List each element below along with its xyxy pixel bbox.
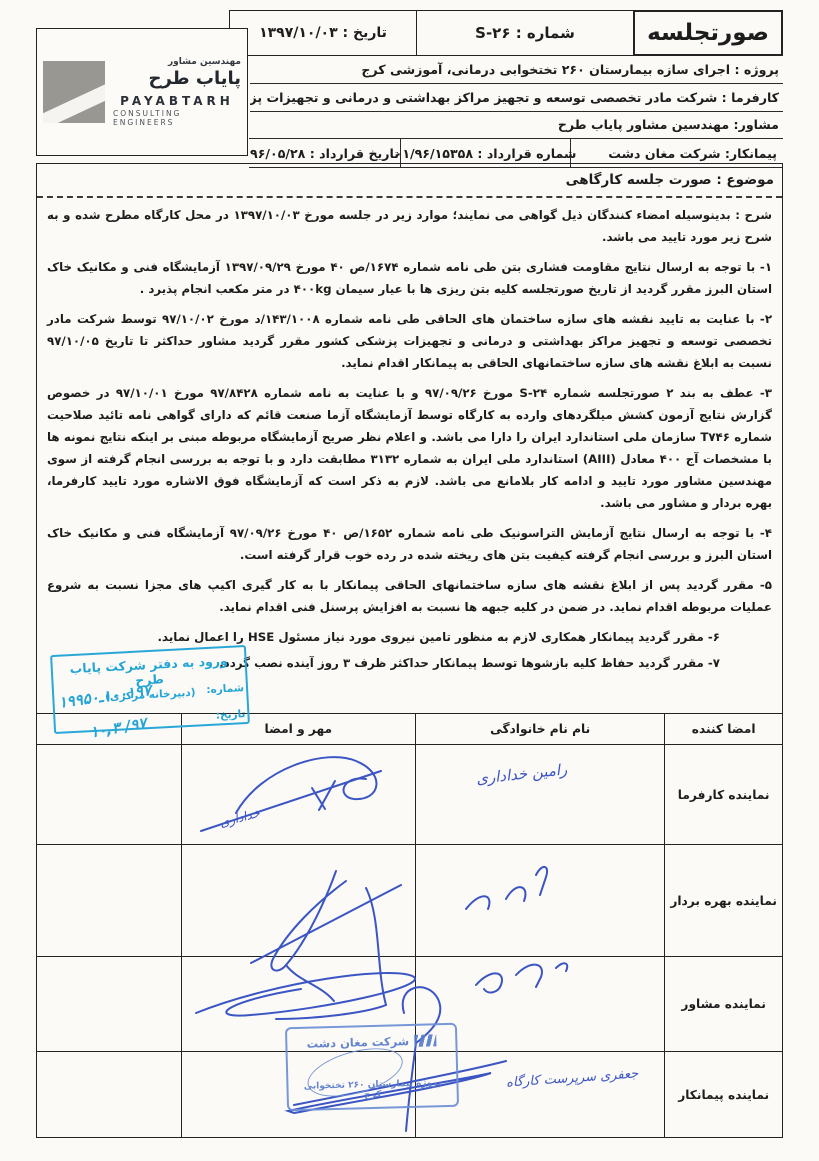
entry-stamp-date-label: تاریخ: [216, 708, 246, 722]
contractor-name-cell [415, 1052, 664, 1137]
logo-fa-name: پایاب طرح [148, 68, 241, 91]
item-4: ۴- با توجه به ارسال نتایج آزمایش التراسو… [47, 522, 772, 566]
table-row-employer: نماینده کارفرما [37, 744, 782, 844]
header: صورتجلسه شماره : S-۲۶ تاریخ : ۱۳۹۷/۱۰/۰۳… [36, 10, 783, 168]
item-3: ۳- عطف به بند ۲ صورتجلسه شماره S-۲۴ مورخ… [47, 382, 772, 514]
project-row: پروژه : اجرای سازه بیمارستان ۲۶۰ تختخواب… [250, 56, 783, 84]
operator-name-cell [415, 845, 664, 956]
col-header-name: نام نام خانوادگی [415, 714, 664, 744]
consultant-row: مشاور: مهندسین مشاور پایاب طرح [250, 112, 783, 138]
document-body: موضوع : صورت جلسه کارگاهی شرح : بدینوسیل… [36, 163, 783, 713]
office-entry-stamp: ورود به دفتر شرکت پایاب طرح (دبیرخانه مر… [50, 645, 250, 734]
logo-fa-tagline: مهندسین مشاور [168, 57, 241, 68]
employer-seal-cell [181, 745, 415, 844]
company-logo-box: مهندسین مشاور پایاب طرح PAYABTARH CONSUL… [36, 28, 248, 156]
employer-name-cell [415, 745, 664, 844]
table-row-operator: نماینده بهره بردار [37, 844, 782, 956]
entry-stamp-number-label: شماره: [206, 682, 244, 696]
logo-en-subtitle: CONSULTING ENGINEERS [113, 109, 241, 128]
role-operator: نماینده بهره بردار [664, 845, 782, 956]
scanned-meeting-minutes-page: صورتجلسه شماره : S-۲۶ تاریخ : ۱۳۹۷/۱۰/۰۳… [0, 0, 819, 1161]
company-logo-icon [43, 61, 105, 123]
document-date: تاریخ : ۱۳۹۷/۱۰/۰۳ [229, 10, 417, 56]
document-number: شماره : S-۲۶ [416, 10, 634, 56]
table-row-consultant: نماینده مشاور [37, 956, 782, 1051]
item-1: ۱- با توجه به ارسال نتایج مقاومت فشاری ب… [47, 256, 772, 300]
logo-en-name: PAYABTARH [120, 94, 234, 109]
table-row-contractor: نماینده پیمانکار [37, 1051, 782, 1137]
client-row: کارفرما : شرکت مادر تخصصی توسعه و تجهیز … [250, 84, 783, 112]
item-5: ۵- مقرر گردید پس از ابلاغ نقشه های سازه … [47, 574, 772, 618]
role-consultant: نماینده مشاور [664, 957, 782, 1051]
contractor-seal-cell [181, 1052, 415, 1137]
consultant-name-cell [415, 957, 664, 1051]
role-employer: نماینده کارفرما [664, 745, 782, 844]
consultant-seal-cell [181, 957, 415, 1051]
minutes-text: شرح : بدینوسیله امضاء کنندگان ذیل گواهی … [37, 198, 782, 674]
col-header-signer: امضا کننده [664, 714, 782, 744]
role-contractor: نماینده پیمانکار [664, 1052, 782, 1137]
item-2: ۲- با عنایت به تایید نقشه های سازه ساختم… [47, 308, 772, 374]
document-title: صورتجلسه [633, 10, 783, 56]
signature-table: امضا کننده نام نام خانوادگی مهر و امضا ن… [36, 713, 783, 1138]
item-6: ۶- مقرر گردید پیمانکار همکاری لازم به من… [47, 626, 772, 648]
header-info-rows: پروژه : اجرای سازه بیمارستان ۲۶۰ تختخواب… [250, 56, 783, 138]
description-paragraph: شرح : بدینوسیله امضاء کنندگان ذیل گواهی … [47, 204, 772, 248]
operator-seal-cell [181, 845, 415, 956]
subject-line: موضوع : صورت جلسه کارگاهی [37, 164, 782, 198]
